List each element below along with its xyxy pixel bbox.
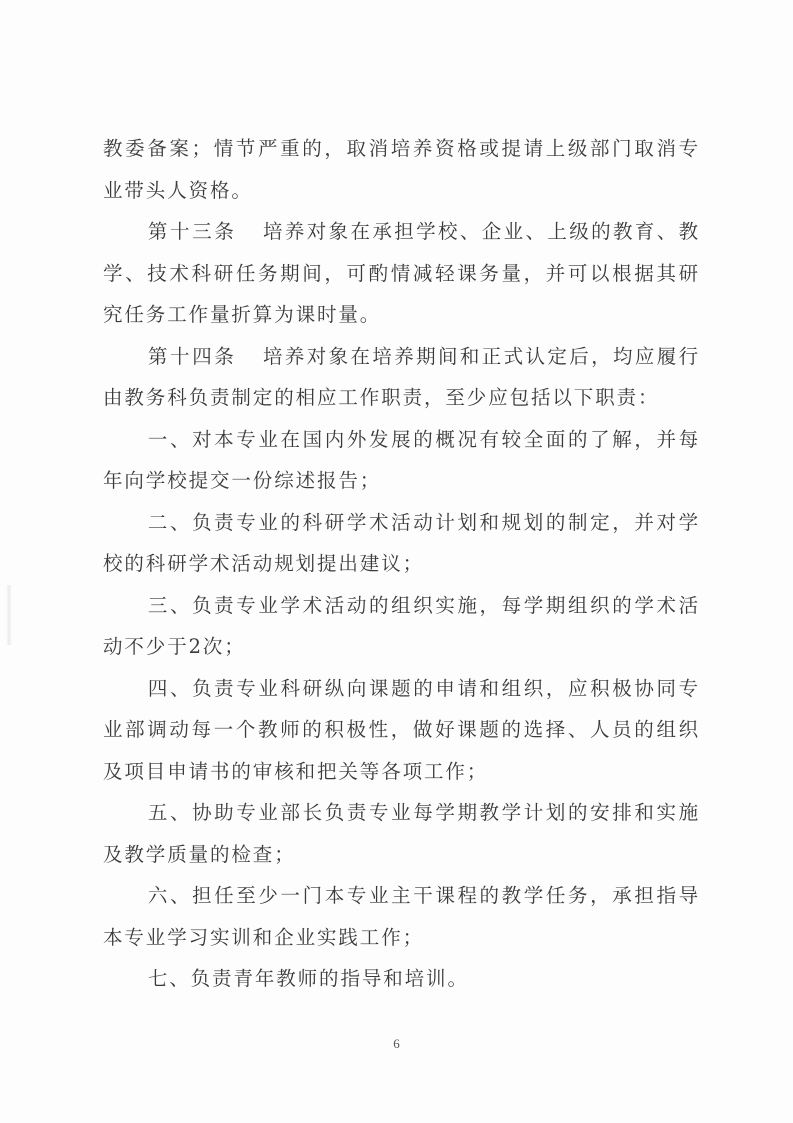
duty-item-1: 一、对本专业在国内外发展的概况有较全面的了解，并每年向学校提交一份综述报告； <box>103 419 700 502</box>
article-number: 第十三条 <box>148 220 237 243</box>
duty-item-3: 三、负责专业学术活动的组织实施，每学期组织的学术活动不少于2次； <box>103 585 700 668</box>
duty-item-4: 四、负责专业科研纵向课题的申请和组织，应积极协同专业部调动每一个教师的积极性，做… <box>103 668 700 793</box>
duty-text: 六、担任至少一门本专业主干课程的教学任务，承担指导本专业学习实训和企业实践工作； <box>103 884 700 949</box>
article-14: 第十四条培养对象在培养期间和正式认定后，均应履行由教务科负责制定的相应工作职责，… <box>103 336 700 419</box>
duty-item-7: 七、负责青年教师的指导和培训。 <box>103 958 700 1000</box>
duty-item-6: 六、担任至少一门本专业主干课程的教学任务，承担指导本专业学习实训和企业实践工作； <box>103 875 700 958</box>
duty-text: 一、对本专业在国内外发展的概况有较全面的了解，并每年向学校提交一份综述报告； <box>103 428 700 493</box>
document-page: 教委备案；情节严重的，取消培养资格或提请上级部门取消专业带头人资格。 第十三条培… <box>0 0 793 1123</box>
duty-item-2: 二、负责专业的科研学术活动计划和规划的制定，并对学校的科研学术活动规划提出建议； <box>103 502 700 585</box>
paragraph-text: 教委备案；情节严重的，取消培养资格或提请上级部门取消专业带头人资格。 <box>103 137 700 202</box>
duty-item-5: 五、协助专业部长负责专业每学期教学计划的安排和实施及教学质量的检查； <box>103 792 700 875</box>
scan-artifact <box>6 585 12 645</box>
duty-text: 四、负责专业科研纵向课题的申请和组织，应积极协同专业部调动每一个教师的积极性，做… <box>103 677 700 783</box>
duty-text: 五、协助专业部长负责专业每学期教学计划的安排和实施及教学质量的检查； <box>103 801 700 866</box>
article-13: 第十三条培养对象在承担学校、企业、上级的教育、教学、技术科研任务期间，可酌情减轻… <box>103 211 700 336</box>
page-number: 6 <box>0 1036 793 1052</box>
paragraph-continuation: 教委备案；情节严重的，取消培养资格或提请上级部门取消专业带头人资格。 <box>103 128 700 211</box>
duty-text: 二、负责专业的科研学术活动计划和规划的制定，并对学校的科研学术活动规划提出建议； <box>103 511 700 576</box>
document-body: 教委备案；情节严重的，取消培养资格或提请上级部门取消专业带头人资格。 第十三条培… <box>103 128 700 1000</box>
article-number: 第十四条 <box>148 345 237 368</box>
duty-text: 三、负责专业学术活动的组织实施，每学期组织的学术活动不少于2次； <box>103 594 700 659</box>
duty-text: 七、负责青年教师的指导和培训。 <box>148 967 469 990</box>
